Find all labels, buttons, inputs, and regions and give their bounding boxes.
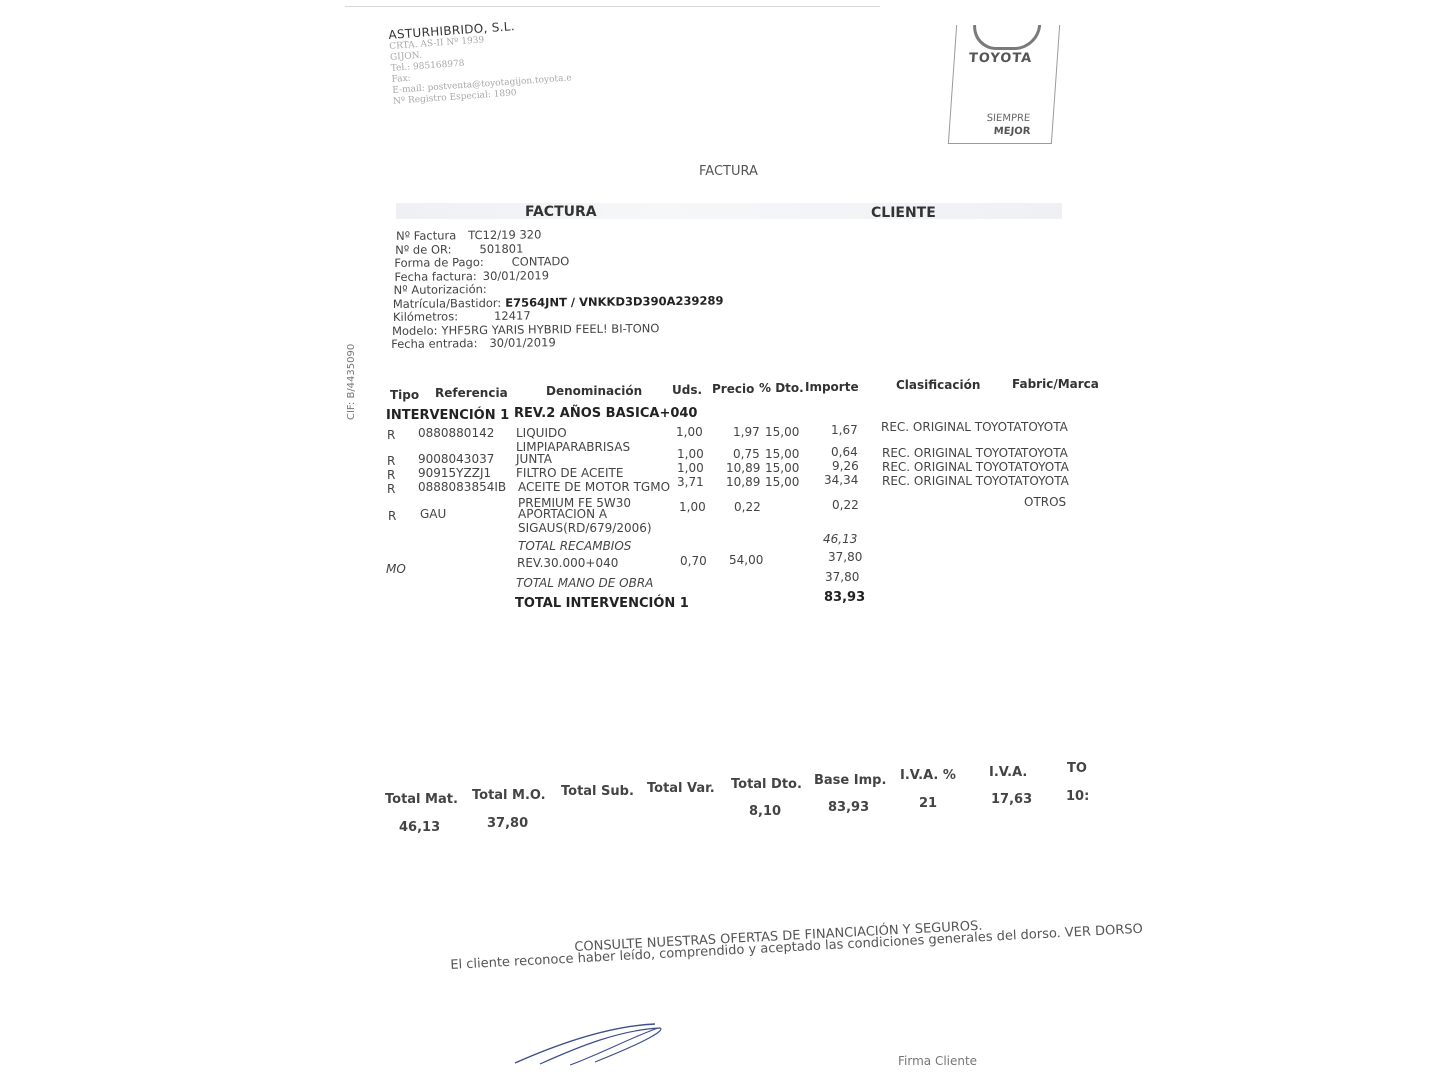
brand-slogan-line1: SIEMPRE	[986, 113, 1030, 124]
total-value: 46,13	[399, 820, 440, 835]
row-reference: 0880880142	[418, 426, 494, 440]
company-block: ASTURHIBRIDO, S.L. CRTA. AS-II Nº 1939 G…	[388, 15, 573, 107]
col-header-denominacion: Denominación	[546, 384, 642, 398]
col-header-clasificacion: Clasificación	[896, 378, 980, 392]
total-value: 83,93	[828, 800, 869, 815]
row-discount: 15,00	[765, 425, 799, 439]
total-label: Total Mat.	[385, 792, 458, 807]
row-classification: REC. ORIGINAL TOYOTA	[882, 446, 1023, 460]
labor-units: 0,70	[680, 554, 707, 568]
row-reference: 90915YZZJ1	[418, 466, 491, 480]
row-classification: REC. ORIGINAL TOYOTA	[882, 474, 1023, 488]
col-header-precio: Precio	[712, 382, 754, 396]
col-header-importe: Importe	[805, 380, 859, 394]
row-amount: 9,26	[832, 459, 859, 473]
row-brand: TOYOTA	[1022, 460, 1069, 474]
row-units: 1,00	[679, 500, 706, 514]
row-description-cont: SIGAUS(RD/679/2006)	[518, 521, 652, 535]
total-value: 37,80	[487, 816, 528, 831]
labor-description: REV.30.000+040	[517, 556, 618, 570]
total-value: 17,63	[991, 792, 1032, 807]
row-units: 3,71	[677, 475, 704, 489]
total-label: Total Sub.	[561, 784, 634, 799]
labor-price: 54,00	[729, 553, 763, 567]
row-description: JUNTA	[516, 452, 552, 466]
total-label: I.V.A. %	[900, 768, 956, 783]
document-title: FACTURA	[699, 164, 758, 179]
plate-vin-value: E7564JNT / VNKKD3D390A239289	[505, 294, 723, 310]
entry-date-label: Fecha entrada:	[391, 337, 477, 351]
col-header-referencia: Referencia	[435, 386, 508, 400]
row-price: 10,89	[726, 461, 760, 475]
intervention-title: REV.2 AÑOS BASICA+040	[514, 406, 697, 421]
total-intervention-label: TOTAL INTERVENCIÓN 1	[515, 596, 689, 611]
entry-date-value: 30/01/2019	[489, 336, 555, 350]
total-value: 10:	[1066, 789, 1089, 804]
invoice-date-value: 30/01/2019	[483, 269, 549, 283]
labor-type: MO	[386, 562, 406, 576]
total-label: TO	[1067, 761, 1087, 776]
signature-label: Firma Cliente	[898, 1054, 977, 1068]
row-amount: 1,67	[831, 423, 858, 437]
total-labor-value: 37,80	[825, 570, 859, 584]
row-type: R	[388, 509, 396, 523]
row-type: R	[387, 482, 395, 496]
row-brand: TOYOTA	[1022, 474, 1069, 488]
row-brand: TOYOTA	[1021, 420, 1068, 434]
row-discount: 15,00	[765, 461, 799, 475]
total-label: Total Var.	[647, 781, 715, 796]
col-header-dto: % Dto.	[759, 381, 804, 395]
total-value: 21	[919, 796, 937, 811]
row-description: LIQUIDO	[516, 426, 567, 440]
total-parts-value: 46,13	[823, 532, 857, 546]
row-brand: OTROS	[1024, 495, 1066, 509]
payment-method-value: CONTADO	[512, 255, 570, 269]
toyota-badge: TOYOTA SIEMPRE MEJOR	[948, 25, 1060, 144]
row-reference: 9008043037	[418, 452, 494, 466]
row-reference: GAU	[420, 507, 446, 521]
row-classification: REC. ORIGINAL TOYOTA	[882, 460, 1023, 474]
row-brand: TOYOTA	[1021, 446, 1068, 460]
row-units: 1,00	[677, 461, 704, 475]
total-value: 8,10	[749, 804, 781, 819]
row-price: 1,97	[733, 425, 760, 439]
row-description: FILTRO DE ACEITE	[516, 466, 623, 480]
total-intervention-value: 83,93	[824, 590, 865, 605]
row-description: ACEITE DE MOTOR TGMO	[518, 480, 670, 494]
row-discount: 15,00	[765, 447, 799, 461]
top-border-line	[345, 6, 880, 7]
total-label: Base Imp.	[814, 773, 886, 788]
total-label: Total Dto.	[731, 777, 802, 792]
section-client-label: CLIENTE	[871, 205, 936, 221]
side-tax-code: CIF: B/4435090	[346, 344, 357, 420]
intervention-label: INTERVENCIÓN 1	[386, 408, 509, 423]
row-amount: 34,34	[824, 473, 858, 487]
col-header-marca: Fabric/Marca	[1012, 377, 1099, 391]
row-type: R	[387, 468, 395, 482]
row-price: 0,75	[733, 447, 760, 461]
section-header-bar	[396, 203, 1062, 219]
brand-slogan-line2: MEJOR	[993, 126, 1030, 137]
invoice-info: Nº FacturaTC12/19 320 Nº de OR:501801 Fo…	[390, 227, 724, 352]
col-header-uds: Uds.	[672, 383, 702, 397]
row-units: 1,00	[676, 425, 703, 439]
signature-mark	[510, 1018, 670, 1068]
row-type: R	[387, 428, 395, 442]
toyota-emblem-icon	[971, 25, 1041, 50]
brand-name: TOYOTA	[968, 51, 1032, 66]
total-label: Total M.O.	[472, 788, 546, 803]
kilometers-label: Kilómetros:	[393, 310, 458, 324]
col-header-tipo: Tipo	[390, 388, 419, 402]
row-classification: REC. ORIGINAL TOYOTA	[881, 420, 1022, 434]
row-amount: 0,64	[831, 445, 858, 459]
row-amount: 0,22	[832, 498, 859, 512]
total-label: I.V.A.	[989, 765, 1027, 780]
row-units: 1,00	[677, 447, 704, 461]
row-type: R	[387, 454, 395, 468]
invoice-number-value: TC12/19 320	[468, 228, 541, 242]
section-invoice-label: FACTURA	[525, 204, 597, 220]
row-reference: 0888083854IB	[418, 480, 506, 494]
invoice-number-label: Nº Factura	[396, 229, 456, 243]
row-discount: 15,00	[765, 475, 799, 489]
row-price: 10,89	[726, 475, 760, 489]
total-labor-label: TOTAL MANO DE OBRA	[516, 576, 653, 590]
kilometers-value: 12417	[494, 310, 531, 324]
total-parts-label: TOTAL RECAMBIOS	[518, 539, 631, 553]
labor-amount: 37,80	[828, 550, 862, 564]
row-description: APORTACION A	[518, 507, 607, 521]
row-price: 0,22	[734, 500, 761, 514]
